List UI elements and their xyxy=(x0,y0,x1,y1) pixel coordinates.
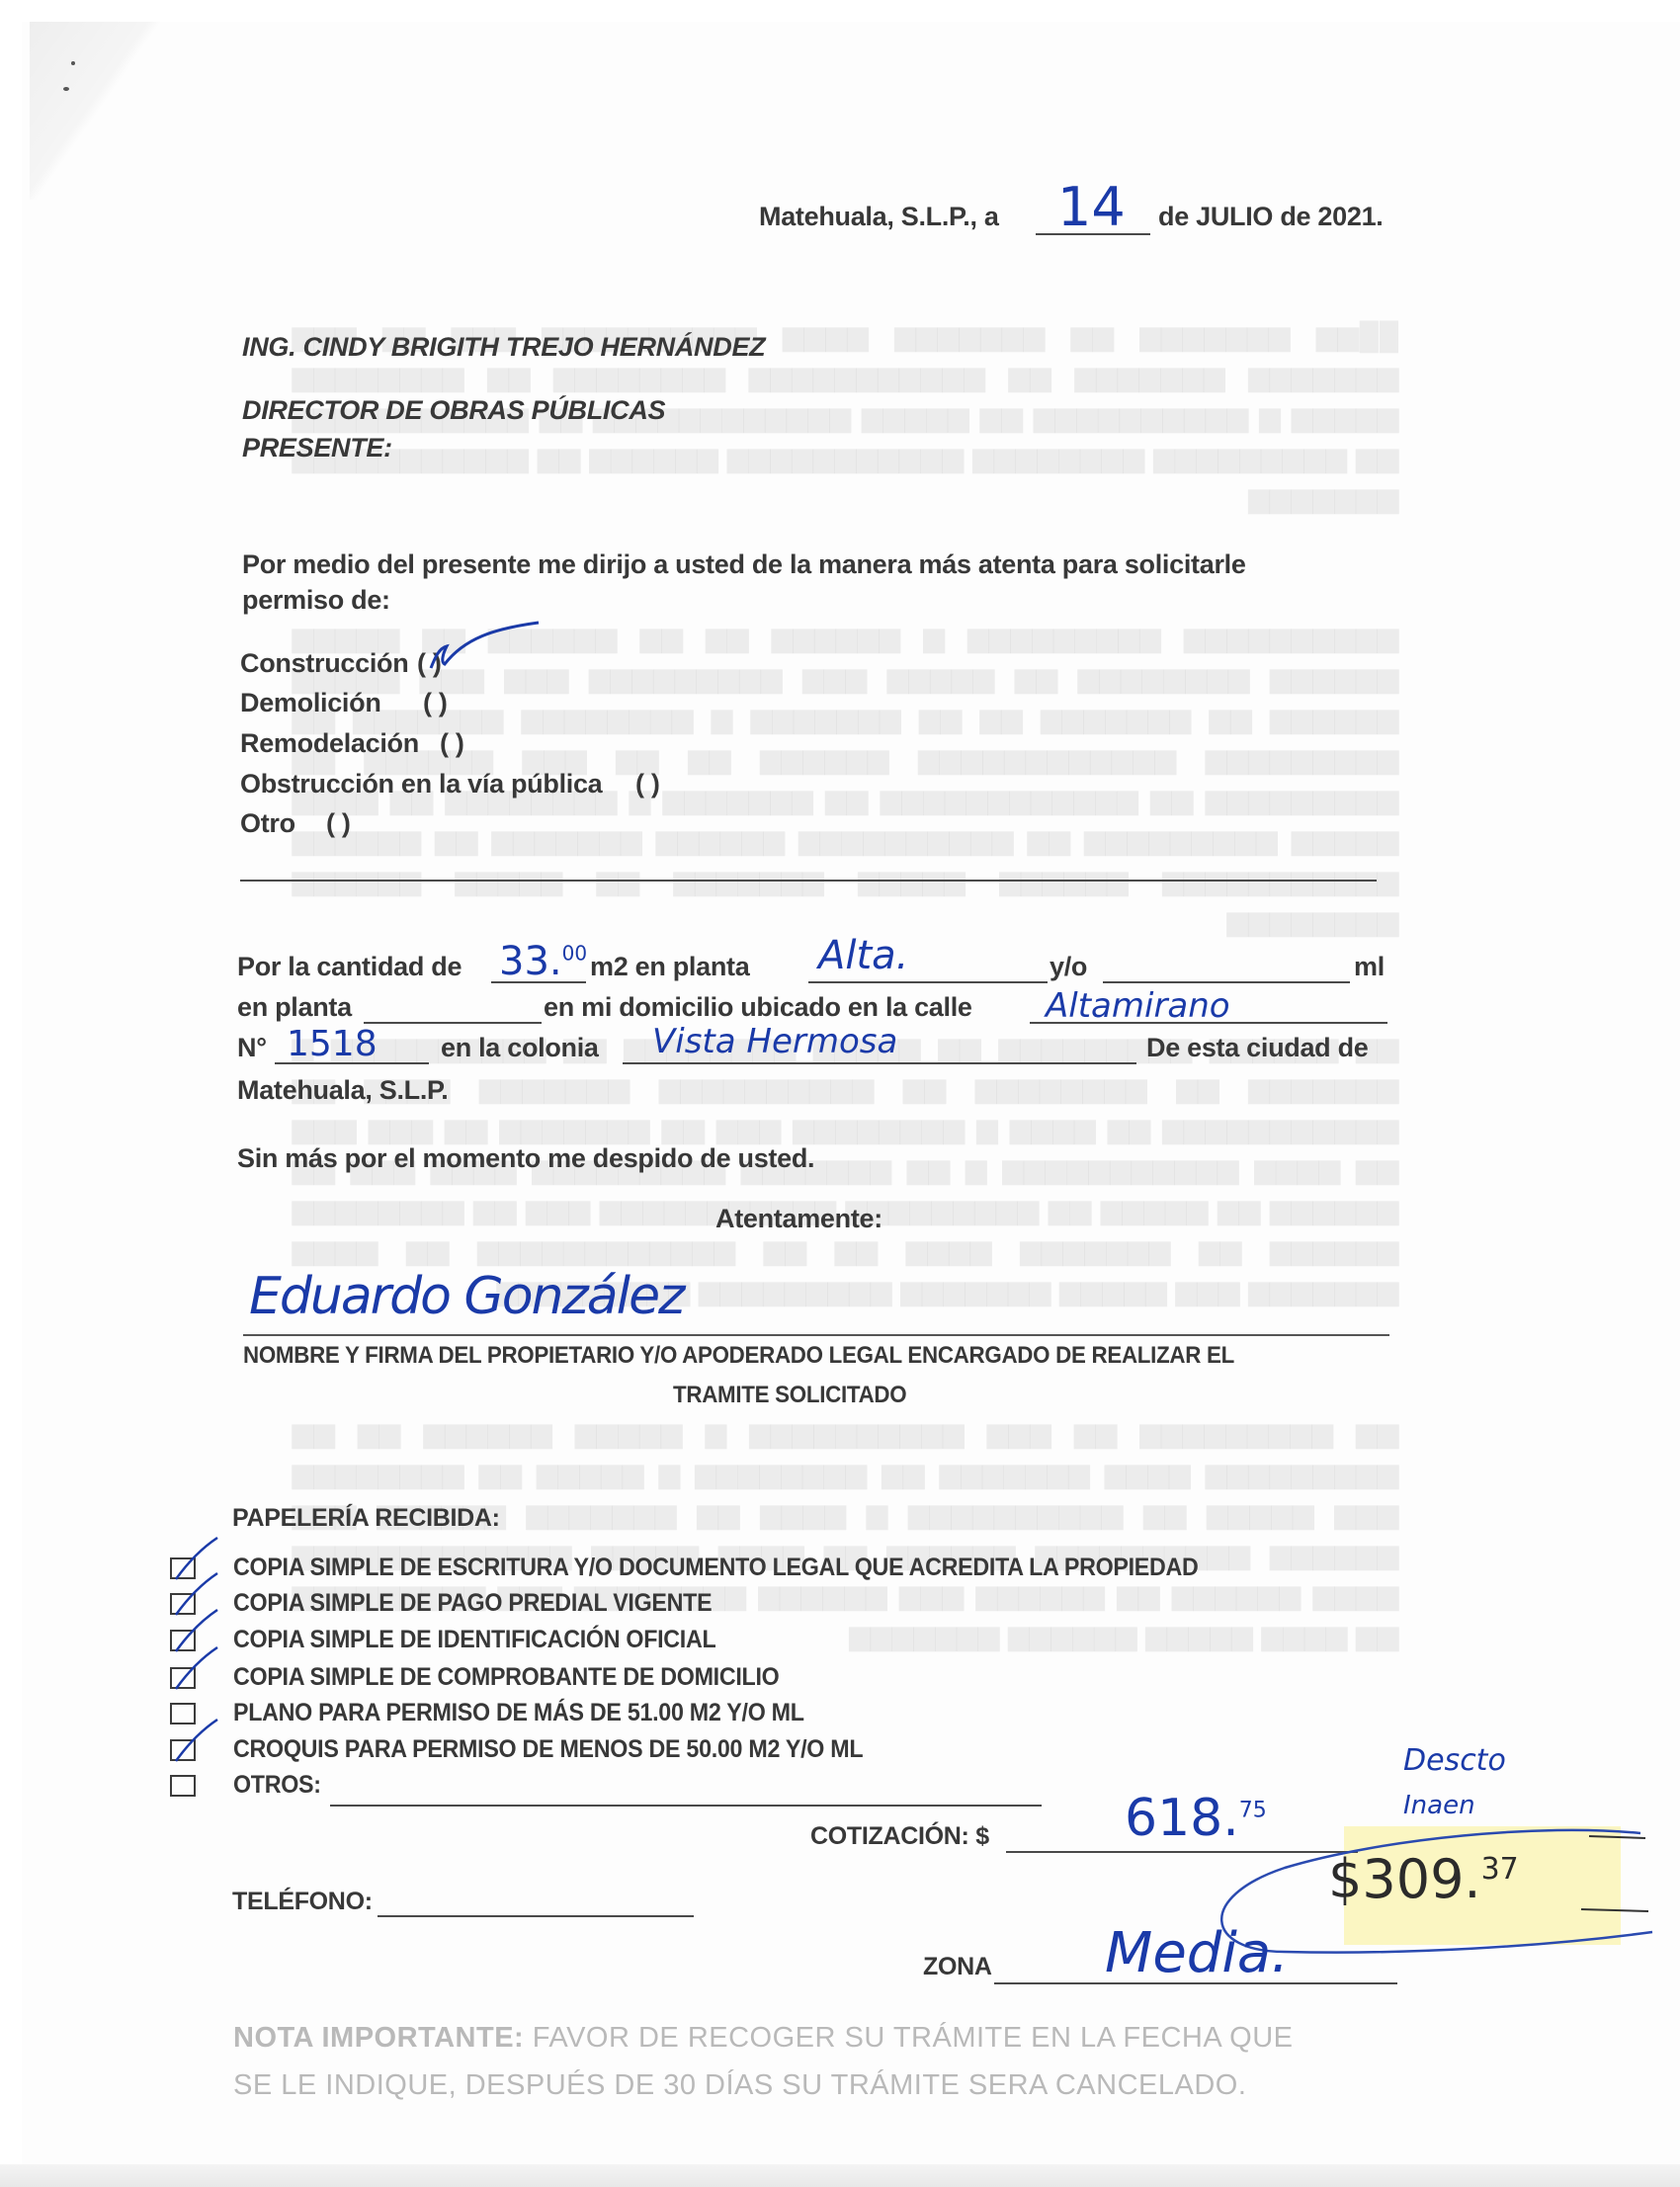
document-label: PLANO PARA PERMISO DE MÁS DE 51.00 M2 Y/… xyxy=(233,1699,804,1727)
city-label: Matehuala, S.L.P. xyxy=(237,1075,448,1106)
check-mark-icon xyxy=(172,1645,231,1695)
check-mark-icon xyxy=(425,619,544,678)
or-label: y/o xyxy=(1050,952,1087,982)
number-field[interactable]: 1518 xyxy=(287,1024,378,1064)
date-suffix: de JULIO de 2021. xyxy=(1158,202,1384,232)
address-label: en mi domicilio ubicado en la calle xyxy=(544,992,972,1023)
colonia-label: en la colonia xyxy=(441,1033,599,1063)
otros-field[interactable] xyxy=(330,1805,1042,1807)
discount-note-line-1: Descto xyxy=(1403,1743,1506,1778)
discounted-value: $309. xyxy=(1328,1848,1481,1910)
phone-label: TELÉFONO: xyxy=(232,1888,373,1916)
permit-type-label: Demolición xyxy=(240,688,381,718)
document-label: OTROS: xyxy=(233,1771,321,1800)
document-label: COPIA SIMPLE DE PAGO PREDIAL VIGENTE xyxy=(233,1589,712,1618)
discount-note-line-2: Inaen xyxy=(1403,1791,1475,1820)
notice-text: FAVOR DE RECOGER SU TRÁMITE EN LA FECHA … xyxy=(533,2022,1294,2054)
document-label: CROQUIS PARA PERMISO DE MENOS DE 50.00 M… xyxy=(233,1735,863,1764)
ml-field[interactable] xyxy=(1103,981,1350,983)
zone-label: ZONA xyxy=(923,1953,992,1981)
day-field[interactable]: 14 xyxy=(1057,176,1126,238)
permit-type-label: Obstrucción en la vía pública xyxy=(240,769,602,799)
permit-type-label: Construcción xyxy=(240,648,408,679)
quote-label: COTIZACIÓN: $ xyxy=(810,1822,989,1851)
scan-speck xyxy=(71,61,75,65)
quote-decimals: 75 xyxy=(1239,1799,1267,1823)
scan-fold-shadow xyxy=(30,22,168,200)
quantity-unit-label: m2 en planta xyxy=(590,952,749,982)
check-mark-icon xyxy=(172,1718,231,1767)
quantity-label: Por la cantidad de xyxy=(237,952,462,982)
zone-field[interactable]: Media. xyxy=(1105,1921,1289,1985)
phone-field[interactable] xyxy=(378,1915,694,1917)
quantity-field[interactable]: 33.00 xyxy=(499,939,587,984)
floor-field[interactable]: Alta. xyxy=(818,933,908,978)
document-label: COPIA SIMPLE DE ESCRITURA Y/O DOCUMENTO … xyxy=(233,1554,1199,1582)
colonia-field[interactable]: Vista Hermosa xyxy=(652,1022,897,1061)
document-checkbox[interactable] xyxy=(170,1775,196,1797)
notice-label: NOTA IMPORTANTE: xyxy=(233,2022,524,2054)
permit-type-checkbox[interactable]: ( ) xyxy=(423,688,448,718)
quote-field-line xyxy=(1006,1851,1358,1853)
sign-off-text: Atentamente: xyxy=(715,1204,882,1234)
documents-title: PAPELERÍA RECIBIDA: xyxy=(232,1504,500,1533)
street-field[interactable]: Altamirano xyxy=(1046,986,1230,1026)
permit-type-checkbox[interactable]: ( ) xyxy=(440,728,464,759)
signature-line xyxy=(243,1334,1389,1336)
permit-type-checkbox[interactable]: ( ) xyxy=(635,769,660,799)
intro-line-2: permiso de: xyxy=(242,585,390,616)
en-planta-field[interactable] xyxy=(364,1022,542,1024)
permit-type-label: Otro xyxy=(240,808,295,839)
floor-field-line xyxy=(808,981,1048,983)
recipient-greeting: PRESENTE: xyxy=(242,433,392,463)
ml-label: ml xyxy=(1354,952,1385,982)
city-suffix: De esta ciudad de xyxy=(1146,1033,1368,1063)
signature-caption-line-2: TRAMITE SOLICITADO xyxy=(673,1382,906,1409)
quantity-value: 33. xyxy=(499,939,562,984)
intro-line-1: Por medio del presente me dirijo a usted… xyxy=(242,549,1246,580)
scan-bottom-edge xyxy=(0,2164,1680,2187)
recipient-position: DIRECTOR DE OBRAS PÚBLICAS xyxy=(242,395,665,426)
quantity-decimals: 00 xyxy=(562,942,587,966)
recipient-name: ING. CINDY BRIGITH TREJO HERNÁNDEZ xyxy=(242,332,765,363)
farewell-text: Sin más por el momento me despido de ust… xyxy=(237,1143,814,1174)
permit-type-label: Remodelación xyxy=(240,728,419,759)
discounted-decimals: 37 xyxy=(1481,1852,1519,1887)
permit-type-checkbox[interactable]: ( ) xyxy=(326,808,351,839)
notice-line-1: NOTA IMPORTANTE: FAVOR DE RECOGER SU TRÁ… xyxy=(233,2022,1294,2055)
place-date-prefix: Matehuala, S.L.P., a xyxy=(759,202,999,232)
quote-value: 618. xyxy=(1125,1789,1239,1848)
en-planta-label: en planta xyxy=(237,992,352,1023)
colonia-field-line xyxy=(623,1062,1136,1064)
signature-caption-line-1: NOMBRE Y FIRMA DEL PROPIETARIO Y/O APODE… xyxy=(243,1342,1234,1370)
notice-line-2: SE LE INDIQUE, DESPUÉS DE 30 DÍAS SU TRÁ… xyxy=(233,2069,1246,2102)
separator-line xyxy=(240,880,1377,882)
scan-speck xyxy=(63,87,69,91)
document-label: COPIA SIMPLE DE COMPROBANTE DE DOMICILIO xyxy=(233,1663,779,1692)
discounted-quote: $309.37 xyxy=(1328,1848,1519,1910)
document-label: COPIA SIMPLE DE IDENTIFICACIÓN OFICIAL xyxy=(233,1626,715,1654)
number-label: N° xyxy=(237,1033,267,1063)
quote-field[interactable]: 618.75 xyxy=(1125,1789,1267,1848)
signature-field[interactable]: Eduardo González xyxy=(249,1267,683,1326)
